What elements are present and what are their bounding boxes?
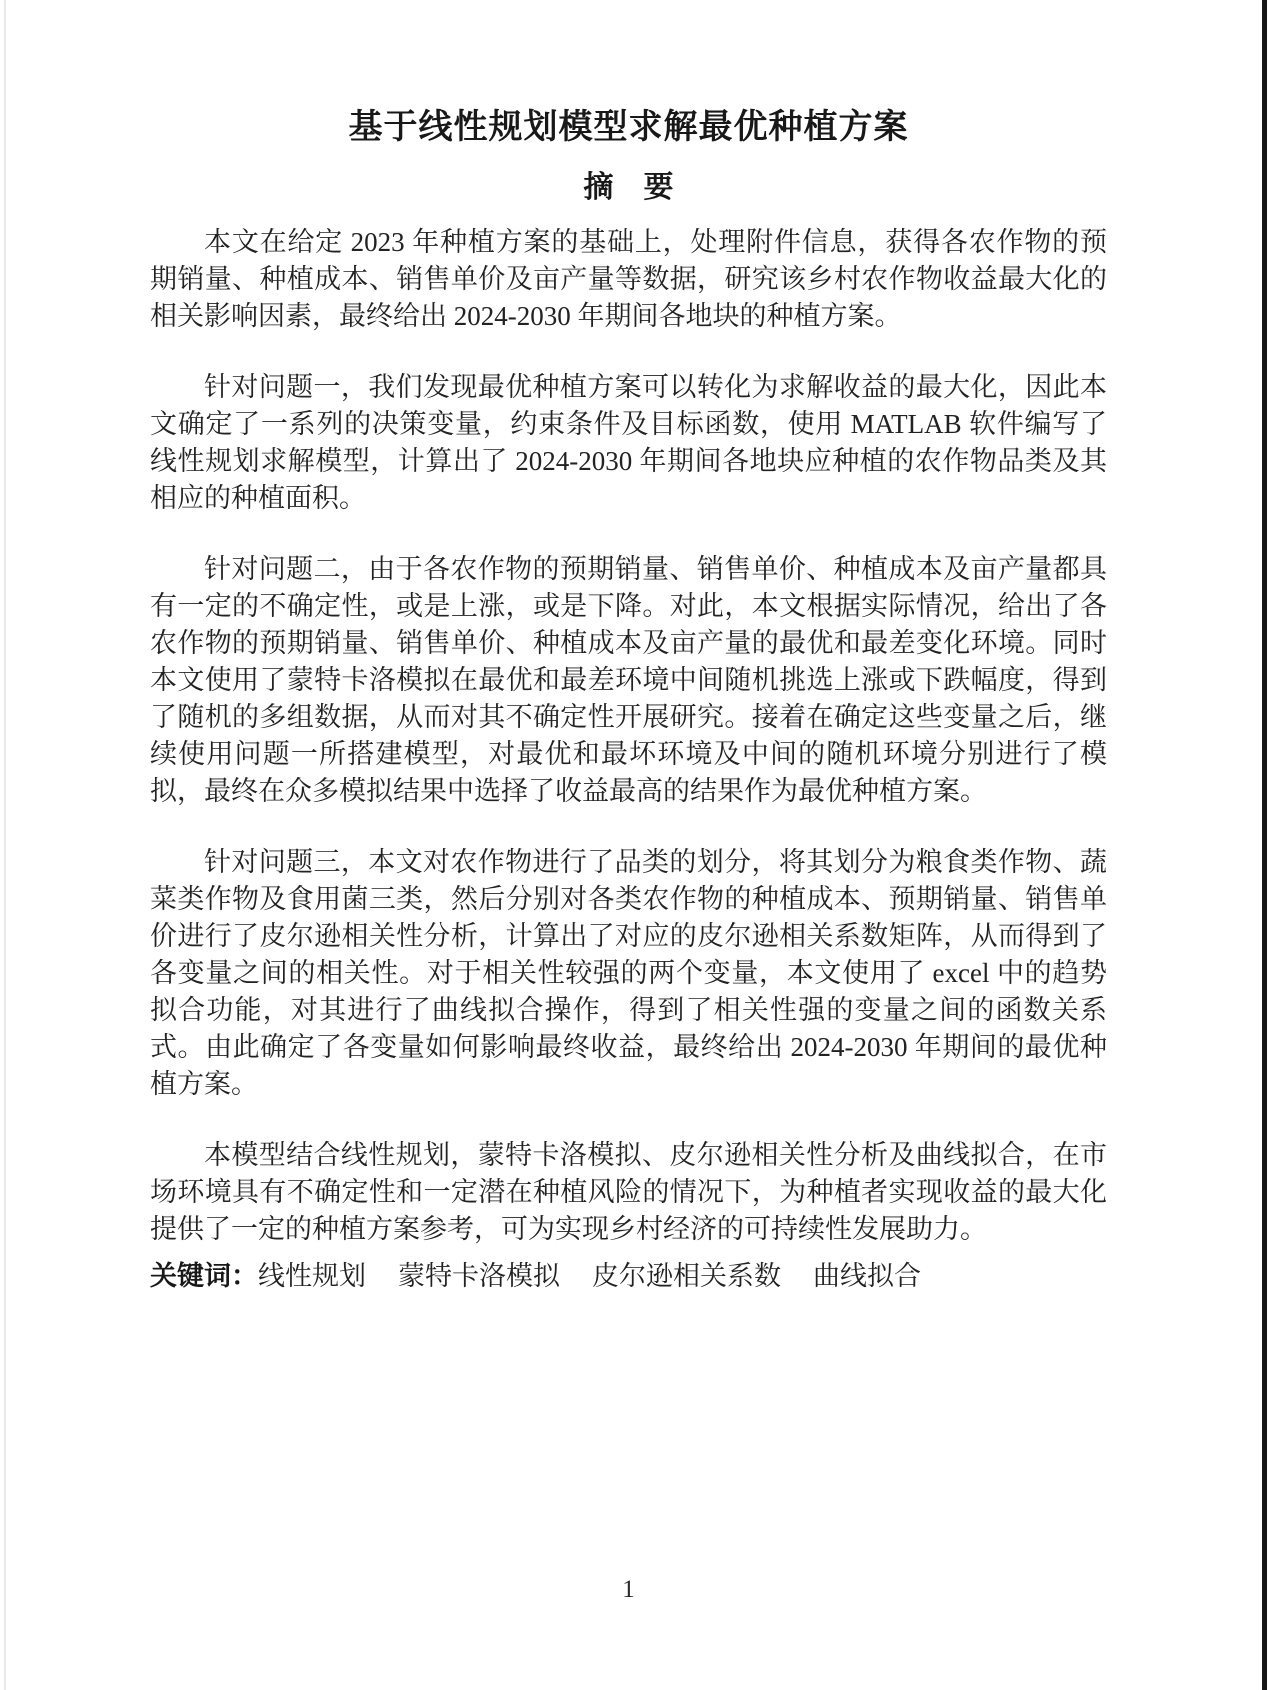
abstract-paragraph-1: 本文在给定 2023 年种植方案的基础上，处理附件信息，获得各农作物的预期销量、… bbox=[150, 224, 1107, 335]
keywords-label: 关键词： bbox=[150, 1261, 258, 1291]
abstract-paragraph-3: 针对问题二，由于各农作物的预期销量、销售单价、种植成本及亩产量都具有一定的不确定… bbox=[150, 551, 1107, 810]
scanned-paper-page: { "page": { "title": "基于线性规划模型求解最优种植方案",… bbox=[0, 0, 1269, 1690]
paper-title: 基于线性规划模型求解最优种植方案 bbox=[150, 0, 1107, 150]
abstract-heading: 摘 要 bbox=[150, 168, 1107, 208]
page-number: 1 bbox=[150, 1576, 1107, 1604]
abstract-paragraph-5: 本模型结合线性规划，蒙特卡洛模拟、皮尔逊相关性分析及曲线拟合，在市场环境具有不确… bbox=[150, 1137, 1107, 1248]
keyword-pearson-correlation-coefficient: 皮尔逊相关系数 bbox=[592, 1261, 781, 1291]
abstract-body: 本文在给定 2023 年种植方案的基础上，处理附件信息，获得各农作物的预期销量、… bbox=[150, 224, 1107, 1248]
keyword-monte-carlo-simulation: 蒙特卡洛模拟 bbox=[398, 1261, 560, 1291]
scan-artifact-left-line bbox=[4, 0, 6, 1690]
keyword-curve-fitting: 曲线拟合 bbox=[813, 1261, 921, 1291]
scan-artifact-right-edge bbox=[1262, 0, 1267, 1690]
keyword-linear-programming: 线性规划 bbox=[258, 1261, 366, 1291]
page-content: 基于线性规划模型求解最优种植方案 摘 要 本文在给定 2023 年种植方案的基础… bbox=[150, 0, 1107, 1282]
abstract-paragraph-4: 针对问题三，本文对农作物进行了品类的划分，将其划分为粮食类作物、蔬菜类作物及食用… bbox=[150, 844, 1107, 1103]
keywords-row: 关键词：线性规划蒙特卡洛模拟皮尔逊相关系数曲线拟合 bbox=[150, 1258, 1107, 1295]
abstract-paragraph-2: 针对问题一，我们发现最优种植方案可以转化为求解收益的最大化，因此本文确定了一系列… bbox=[150, 369, 1107, 517]
